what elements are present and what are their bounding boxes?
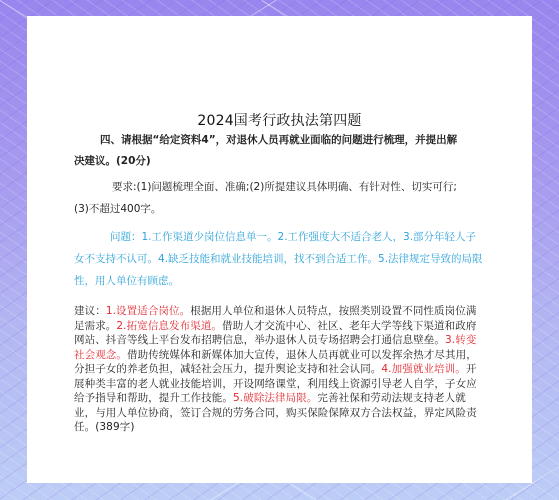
document-content: 2024国考行政执法第四题 四、请根据“给定资料4”，对退休人员再就业面临的问题… (74, 112, 485, 435)
requirements-line-1: 要求:(1)问题梳理全面、准确;(2)所提建议具体明确、有针对性、切实可行; (74, 176, 485, 198)
answer-point-5-heading: 5.破除法律局限。 (233, 392, 317, 404)
answer-suggestions: 建议：1.设置适合岗位。根据用人单位和退休人员特点，按照类别设置不同性质岗位满足… (74, 304, 485, 435)
answer-label: 建议： (74, 305, 106, 317)
document-title: 2024国考行政执法第四题 (74, 112, 485, 130)
answer-point-4-heading: 4.加强就业培训。 (381, 363, 465, 375)
question-text-line-1: 四、请根据“给定资料4”，对退休人员再就业面临的问题进行梳理，并提出解 (74, 130, 485, 151)
background-decor-line (290, 483, 324, 500)
question-text-line-2: 决建议。(20分) (74, 151, 485, 172)
word-count: (389字) (95, 421, 134, 433)
requirements-line-2: (3)不超过400字。 (74, 203, 161, 215)
requirements: 要求:(1)问题梳理全面、准确;(2)所提建议具体明确、有针对性、切实可行; (… (74, 176, 485, 220)
answer-point-1-heading: 1.设置适合岗位。 (106, 305, 190, 317)
answer-point-2-heading: 2.拓宽信息发布渠道。 (116, 320, 222, 332)
problems-summary: 问题：1.工作渠道少岗位信息单一。2.工作强度大不适合老人，3.部分年轻人子女不… (74, 226, 485, 292)
